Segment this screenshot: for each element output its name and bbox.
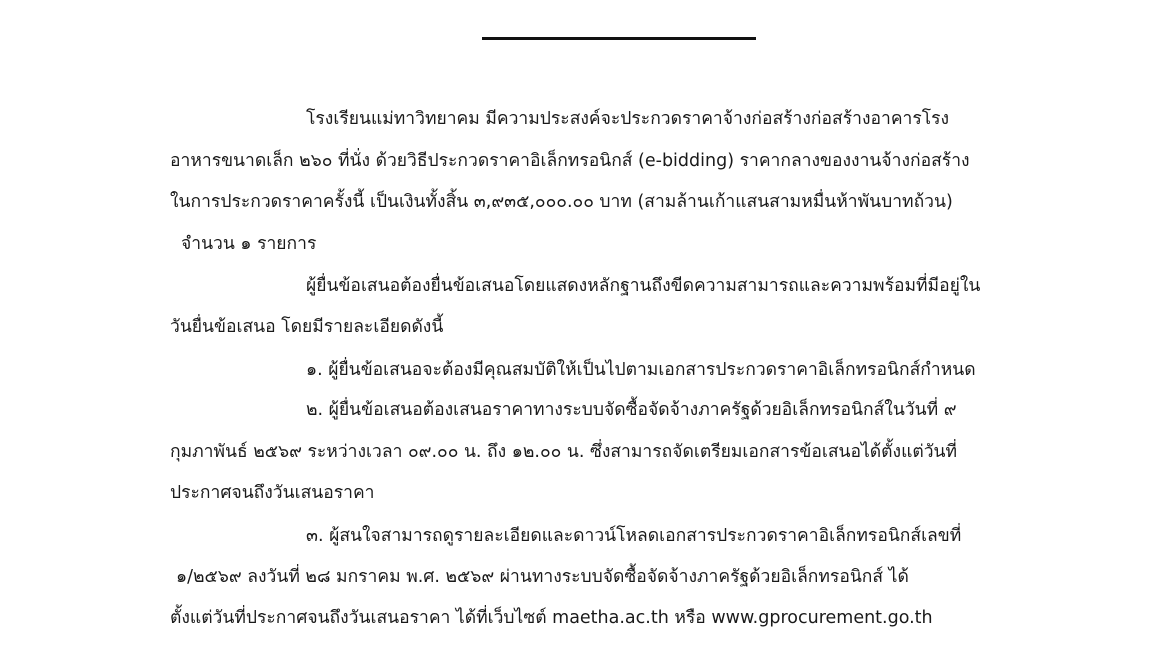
condition-2-line-3: ประกาศจนถึงวันเสนอราคา [170,481,374,505]
top-divider-rule [482,37,756,40]
paragraph-2-line-1: ผู้ยื่นข้อเสนอต้องยื่นข้อเสนอโดยแสดงหลัก… [306,274,980,298]
condition-2-line-1: ๒. ผู้ยื่นข้อเสนอต้องเสนอราคาทางระบบจัดซ… [306,398,957,422]
condition-3-line-1: ๓. ผู้สนใจสามารถดูรายละเอียดและดาวน์โหลด… [306,524,961,548]
condition-3-line-3: ตั้งแต่วันที่ประกาศจนถึงวันเสนอราคา ได้ท… [170,606,933,630]
paragraph-1-line-3: ในการประกวดราคาครั้งนี้ เป็นเงินทั้งสิ้น… [170,190,953,214]
paragraph-1-line-2: อาหารขนาดเล็ก ๒๖๐ ที่นั่ง ด้วยวิธีประกวด… [170,149,970,173]
condition-1: ๑. ผู้ยื่นข้อเสนอจะต้องมีคุณสมบัติให้เป็… [306,358,976,382]
paragraph-2-line-2: วันยื่นข้อเสนอ โดยมีรายละเอียดดังนี้ [170,315,443,339]
paragraph-1-line-1: โรงเรียนแม่ทาวิทยาคม มีความประสงค์จะประก… [306,107,949,131]
condition-3-line-2: ๑/๒๕๖๙ ลงวันที่ ๒๘ มกราคม พ.ศ. ๒๕๖๙ ผ่าน… [176,565,909,589]
condition-2-line-2: กุมภาพันธ์ ๒๕๖๙ ระหว่างเวลา ๐๙.๐๐ น. ถึง… [170,440,957,464]
item-count-line: จำนวน ๑ รายการ [181,232,316,256]
